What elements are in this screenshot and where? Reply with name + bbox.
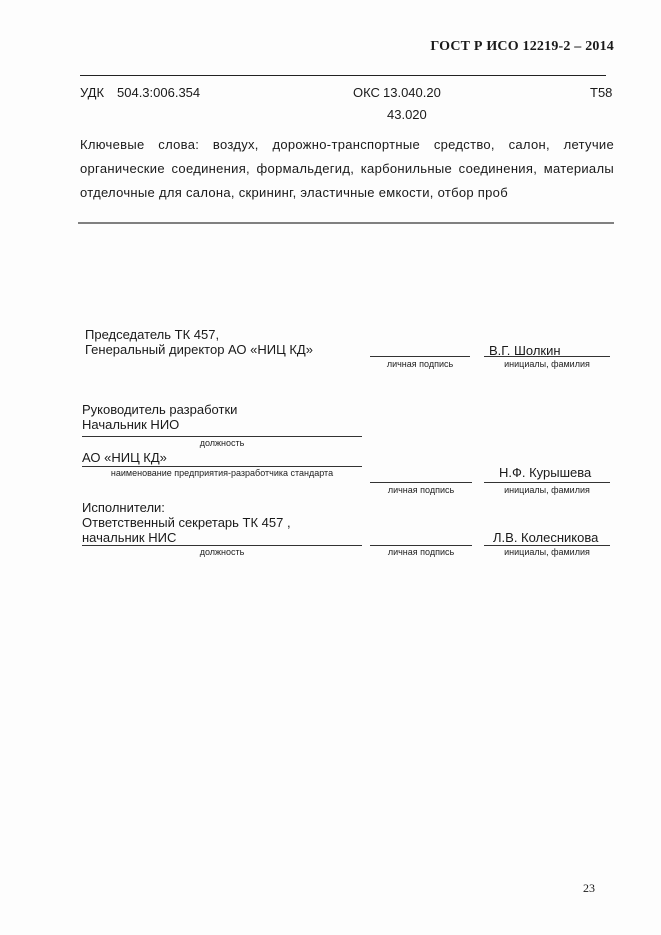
executors-signature-caption: личная подпись [370,547,472,557]
chairman-signature-caption: личная подпись [370,359,470,369]
lead-organization: АО «НИЦ КД» [82,450,167,465]
lead-signature-line[interactable] [370,482,472,483]
classification-code: Т58 [590,85,612,100]
keywords-paragraph: Ключевые слова: воздух, дорожно-транспор… [80,133,614,205]
lead-position-caption: должность [82,438,362,448]
executors-name: Л.В. Колесникова [493,530,598,545]
lead-line-2: Начальник НИО [82,417,237,432]
oks-value-2: 43.020 [387,107,427,122]
lead-title: Руководитель разработки Начальник НИО [82,402,237,432]
executors-name-line [484,545,610,546]
chairman-line-2: Генеральный директор АО «НИЦ КД» [85,342,313,357]
executors-block: Исполнители: Ответственный секретарь ТК … [82,500,291,545]
lead-signature-caption: личная подпись [370,485,472,495]
chairman-signature-line[interactable] [370,356,470,357]
udk-label: УДК [80,85,104,100]
executors-line-1: Ответственный секретарь ТК 457 , [82,515,291,530]
executors-position-line [82,545,362,546]
executors-line-2: начальник НИС [82,530,291,545]
chairman-line-1: Председатель ТК 457, [85,327,313,342]
lead-position-line [82,436,362,437]
lead-name-line [484,482,610,483]
chairman-title: Председатель ТК 457, Генеральный директо… [85,327,313,357]
executors-signature-line[interactable] [370,545,472,546]
keywords-rule [78,222,614,224]
oks-value-1: 13.040.20 [383,85,441,100]
lead-name: Н.Ф. Курышева [499,465,591,480]
lead-organization-caption: наименование предприятия-разработчика ст… [82,468,362,478]
chairman-name-line [484,356,610,357]
chairman-name-caption: инициалы, фамилия [484,359,610,369]
lead-organization-line [82,466,362,467]
lead-name-caption: инициалы, фамилия [484,485,610,495]
lead-line-1: Руководитель разработки [82,402,237,417]
header-rule [80,75,606,76]
oks-label: ОКС [353,85,380,100]
executors-position-caption: должность [82,547,362,557]
page-number: 23 [583,881,595,896]
executors-name-caption: инициалы, фамилия [484,547,610,557]
standard-designation: ГОСТ Р ИСО 12219-2 – 2014 [430,39,614,55]
executors-heading: Исполнители: [82,500,291,515]
udk-value: 504.3:006.354 [117,85,200,100]
